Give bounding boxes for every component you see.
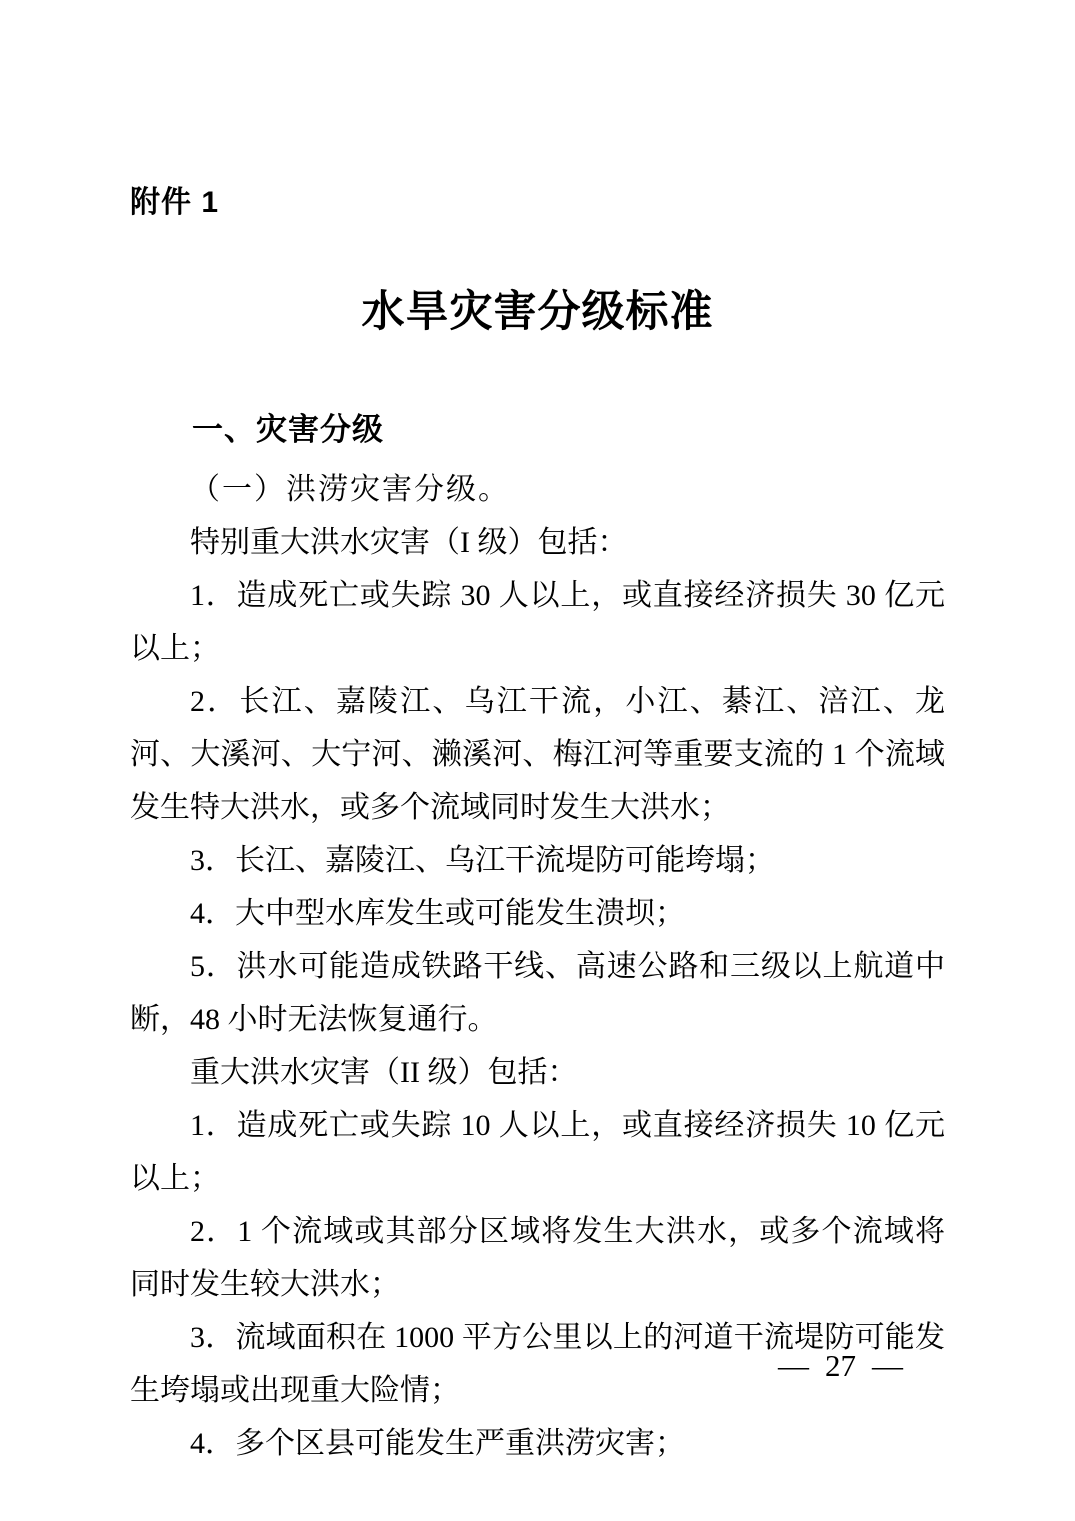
paragraph-level2-item2: 2．1 个流域或其部分区域将发生大洪水，或多个流域将同时发生较大洪水； — [130, 1205, 945, 1311]
document-page: 附件 1 水旱灾害分级标准 一、灾害分级 （一）洪涝灾害分级。 特别重大洪水灾害… — [0, 0, 1075, 1521]
document-title: 水旱灾害分级标准 — [130, 287, 945, 339]
page-footer: —27— — [778, 1346, 903, 1386]
section-heading-disaster-classification: 一、灾害分级 — [130, 407, 945, 453]
page-number: 27 — [825, 1348, 856, 1383]
paragraph-intro-level2: 重大洪水灾害（II 级）包括： — [130, 1046, 945, 1099]
footer-right-dash: — — [872, 1348, 903, 1383]
document-body: 特别重大洪水灾害（I 级）包括： 1．造成死亡或失踪 30 人以上，或直接经济损… — [130, 516, 945, 1470]
attachment-label: 附件 1 — [130, 183, 945, 223]
subsection-heading-flood-classification: （一）洪涝灾害分级。 — [130, 463, 945, 516]
paragraph-level2-item1: 1．造成死亡或失踪 10 人以上，或直接经济损失 10 亿元以上； — [130, 1099, 945, 1205]
paragraph-level1-item3: 3．长江、嘉陵江、乌江干流堤防可能垮塌； — [130, 834, 945, 887]
paragraph-level1-item1: 1．造成死亡或失踪 30 人以上，或直接经济损失 30 亿元以上； — [130, 569, 945, 675]
paragraph-level1-item5: 5．洪水可能造成铁路干线、高速公路和三级以上航道中断，48 小时无法恢复通行。 — [130, 940, 945, 1046]
paragraph-level2-item4: 4．多个区县可能发生严重洪涝灾害； — [130, 1417, 945, 1470]
paragraph-level1-item4: 4．大中型水库发生或可能发生溃坝； — [130, 887, 945, 940]
footer-left-dash: — — [778, 1348, 809, 1383]
paragraph-level1-item2: 2．长江、嘉陵江、乌江干流，小江、綦江、涪江、龙河、大溪河、大宁河、濑溪河、梅江… — [130, 675, 945, 834]
paragraph-intro-level1: 特别重大洪水灾害（I 级）包括： — [130, 516, 945, 569]
